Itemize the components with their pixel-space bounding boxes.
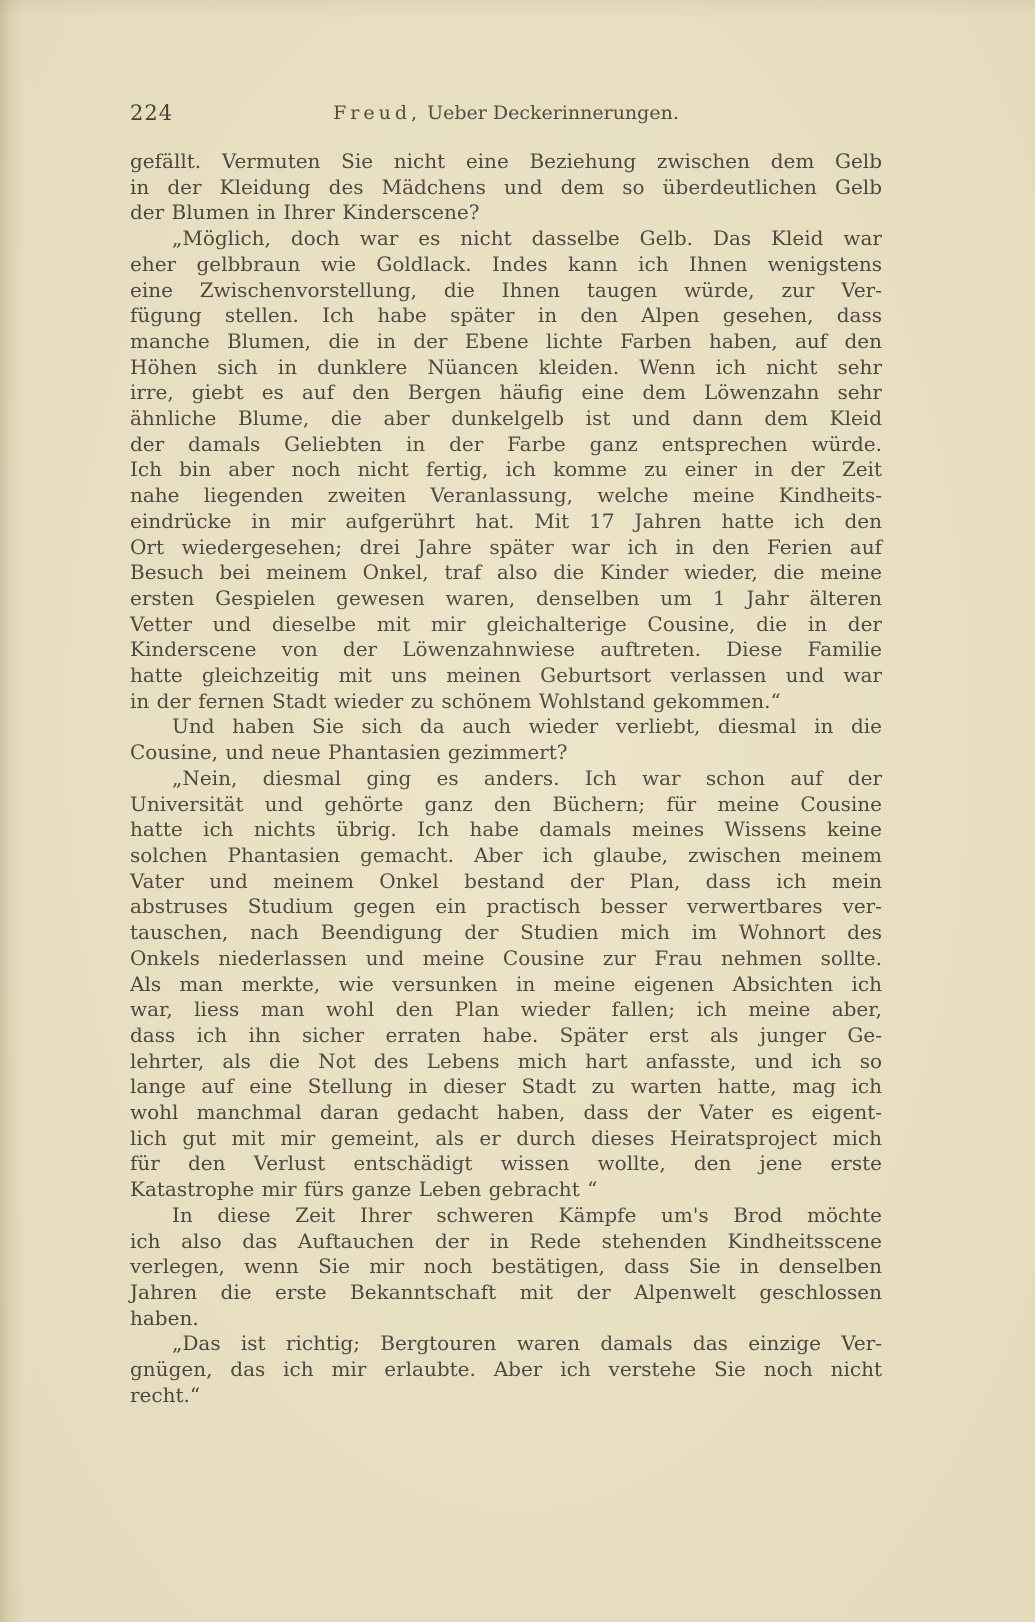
- text-line: Und haben Sie sich da auch wieder verlie…: [130, 714, 882, 740]
- text-line: ich also das Auftauchen der in Rede steh…: [130, 1229, 882, 1255]
- paragraph: „Das ist richtig; Bergtouren waren damal…: [130, 1331, 882, 1408]
- text-line: Katastrophe mir fürs ganze Leben gebrach…: [130, 1177, 882, 1203]
- page-header: 224 Freud,Ueber Deckerinnerungen.: [130, 101, 882, 127]
- book-page: 224 Freud,Ueber Deckerinnerungen. gefäll…: [0, 0, 1035, 1622]
- text-line: hatte ich nichts übrig. Ich habe damals …: [130, 817, 882, 843]
- running-head-author: Freud,: [333, 102, 421, 124]
- running-head: Freud,Ueber Deckerinnerungen.: [130, 102, 882, 124]
- text-line: haben.: [130, 1306, 882, 1332]
- text-line: gnügen, das ich mir erlaubte. Aber ich v…: [130, 1357, 882, 1383]
- text-line: recht.“: [130, 1383, 882, 1409]
- text-line: war, liess man wohl den Plan wieder fall…: [130, 997, 882, 1023]
- text-line: solchen Phantasien gemacht. Aber ich gla…: [130, 843, 882, 869]
- text-line: lange auf eine Stellung in dieser Stadt …: [130, 1074, 882, 1100]
- text-line: dass ich ihn sicher erraten habe. Später…: [130, 1023, 882, 1049]
- paragraph: „Nein, diesmal ging es anders. Ich war s…: [130, 766, 882, 1203]
- paragraph: „Möglich, doch war es nicht dasselbe Gel…: [130, 226, 882, 714]
- text-line: ähnliche Blume, die aber dunkelgelb ist …: [130, 406, 882, 432]
- text-line: In diese Zeit Ihrer schweren Kämpfe um's…: [130, 1203, 882, 1229]
- running-head-title: Ueber Deckerinnerungen.: [427, 102, 679, 124]
- text-line: Universität und gehörte ganz den Büchern…: [130, 792, 882, 818]
- paragraph: In diese Zeit Ihrer schweren Kämpfe um's…: [130, 1203, 882, 1332]
- text-line: eine Zwischenvorstellung, die Ihnen taug…: [130, 278, 882, 304]
- text-line: wohl manchmal daran gedacht haben, dass …: [130, 1100, 882, 1126]
- text-line: in der Kleidung des Mädchens und dem so …: [130, 175, 882, 201]
- text-line: manche Blumen, die in der Ebene lichte F…: [130, 329, 882, 355]
- text-line: „Das ist richtig; Bergtouren waren damal…: [130, 1331, 882, 1357]
- text-line: verlegen, wenn Sie mir noch bestätigen, …: [130, 1254, 882, 1280]
- text-line: tauschen, nach Beendigung der Studien mi…: [130, 920, 882, 946]
- text-line: Ich bin aber noch nicht fertig, ich komm…: [130, 457, 882, 483]
- text-line: der Blumen in Ihrer Kinderscene?: [130, 200, 882, 226]
- text-line: Cousine, und neue Phantasien gezimmert?: [130, 740, 882, 766]
- paragraph: gefällt. Vermuten Sie nicht eine Beziehu…: [130, 149, 882, 226]
- paragraph: Und haben Sie sich da auch wieder verlie…: [130, 714, 882, 765]
- text-line: lehrter, als die Not des Lebens mich har…: [130, 1049, 882, 1075]
- text-line: Vetter und dieselbe mit mir gleichalteri…: [130, 612, 882, 638]
- text-line: hatte gleichzeitig mit uns meinen Geburt…: [130, 663, 882, 689]
- text-line: Höhen sich in dunklere Nüancen kleiden. …: [130, 355, 882, 381]
- text-line: „Möglich, doch war es nicht dasselbe Gel…: [130, 226, 882, 252]
- text-line: in der fernen Stadt wieder zu schönem Wo…: [130, 689, 882, 715]
- text-line: Als man merkte, wie versunken in meine e…: [130, 972, 882, 998]
- text-line: Onkels niederlassen und meine Cousine zu…: [130, 946, 882, 972]
- text-line: „Nein, diesmal ging es anders. Ich war s…: [130, 766, 882, 792]
- text-line: abstruses Studium gegen ein practisch be…: [130, 894, 882, 920]
- text-line: Besuch bei meinem Onkel, traf also die K…: [130, 560, 882, 586]
- text-line: eindrücke in mir aufgerührt hat. Mit 17 …: [130, 509, 882, 535]
- text-line: eher gelbbraun wie Goldlack. Indes kann …: [130, 252, 882, 278]
- text-line: fügung stellen. Ich habe später in den A…: [130, 303, 882, 329]
- text-line: Jahren die erste Bekanntschaft mit der A…: [130, 1280, 882, 1306]
- text-line: nahe liegenden zweiten Veranlassung, wel…: [130, 483, 882, 509]
- text-line: lich gut mit mir gemeint, als er durch d…: [130, 1126, 882, 1152]
- text-block: gefällt. Vermuten Sie nicht eine Beziehu…: [130, 149, 882, 1408]
- text-line: irre, giebt es auf den Bergen häufig ein…: [130, 380, 882, 406]
- text-line: Kinderscene von der Löwenzahnwiese auftr…: [130, 637, 882, 663]
- text-line: Vater und meinem Onkel bestand der Plan,…: [130, 869, 882, 895]
- text-line: Ort wiedergesehen; drei Jahre später war…: [130, 535, 882, 561]
- text-line: für den Verlust entschädigt wissen wollt…: [130, 1151, 882, 1177]
- text-line: ersten Gespielen gewesen waren, denselbe…: [130, 586, 882, 612]
- text-line: der damals Geliebten in der Farbe ganz e…: [130, 432, 882, 458]
- text-line: gefällt. Vermuten Sie nicht eine Beziehu…: [130, 149, 882, 175]
